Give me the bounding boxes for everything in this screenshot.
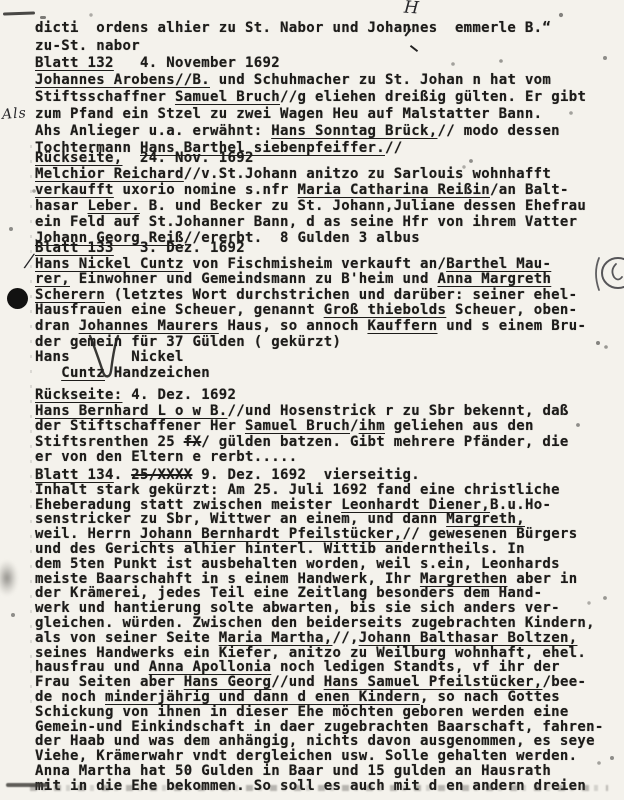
margin-smudge-artifact — [0, 560, 18, 596]
text-line: verkaufft uxorio nomine s.nfr Maria Cath… — [35, 182, 586, 198]
text-line: der Krämerei, jedes Teil eine Zeitlang b… — [35, 586, 604, 601]
text-line: Melchior Reichard//v.St.Johann anitzo zu… — [35, 166, 586, 182]
text-line: zu-St. nabor — [35, 37, 551, 55]
text-line: ein Feld auf St.Johanner Bann, d as sein… — [35, 214, 586, 230]
text-line: gleichen. würden. Zwischen den beidersei… — [35, 616, 604, 631]
text-line: Blatt 134. 25/XXXX 9. Dez. 1692 vierseit… — [35, 468, 604, 483]
photocopy-speckles — [0, 0, 2, 2]
margin-dash-artifact — [3, 11, 35, 15]
paragraph-b1: dicti ordens alhier zu St. Nabor und Joh… — [35, 19, 551, 55]
handwritten-v-mark — [86, 334, 126, 384]
text-line: Anna Martha hat 50 Gulden in Baar und 15… — [35, 764, 604, 779]
text-line: zum Pfand ein Stzel zu zwei Wagen Heu au… — [35, 106, 586, 123]
text-line: Frau Seiten aber Hans Georg//und Hans Sa… — [35, 675, 604, 690]
text-line: weil. Herrn Johann Bernhardt Pfeilstücke… — [35, 527, 604, 542]
text-line: Blatt 133 3. Dez. 1692 — [35, 241, 586, 257]
text-line: Viehe, Krämerwahr vndt dergleichen usw. … — [35, 749, 604, 764]
margin-dash-artifact — [40, 16, 46, 19]
text-line: werk und hantierung solte abwarten, bis … — [35, 601, 604, 616]
paragraph-b6: Blatt 134. 25/XXXX 9. Dez. 1692 vierseit… — [35, 468, 604, 794]
handwritten-circled-mark — [592, 242, 624, 304]
text-line: und des Gerichts alhier hinterl. Wittib … — [35, 542, 604, 557]
text-line: Stiftsschaffner Samuel Bruch//g eliehen … — [35, 89, 586, 106]
text-line: Rückseite: 4. Dez. 1692 — [35, 388, 569, 404]
text-line: der Stiftschaffener Her Samuel Bruch/ihm… — [35, 419, 569, 435]
text-line: Rückseite, 24. Nov. 1692 — [35, 150, 586, 166]
handwritten-margin-note: Als — [1, 105, 27, 123]
text-line: Ahs Anlieger u.a. erwähnt: Hans Sonntag … — [35, 123, 586, 140]
left-margin-dot-artifacts — [30, 145, 32, 705]
paragraph-b5: Rückseite: 4. Dez. 1692Hans Bernhard L o… — [35, 388, 569, 466]
text-line: hausfrau und Anna Apollonia noch ledigen… — [35, 660, 604, 675]
text-line: er von den Eltern e rerbt..... — [35, 450, 569, 466]
paragraph-b3: Rückseite, 24. Nov. 1692Melchior Reichar… — [35, 150, 586, 246]
text-line: Stiftsrenthen 25 fX/ gülden batzen. Gibt… — [35, 435, 569, 451]
ink-blot-mark — [7, 288, 28, 309]
handwritten-insertion-letter: H — [403, 0, 419, 18]
text-line: senstricker zu Sbr, Wittwer an einem, un… — [35, 512, 604, 527]
text-line: Schickung von ihnen in dieser Ehe möchte… — [35, 705, 604, 720]
scanned-document-page: dicti ordens alhier zu St. Nabor und Joh… — [0, 0, 624, 800]
text-line: de noch minderjährig und dann d enen Kin… — [35, 690, 604, 705]
text-line: der Haab und was dem anhängig, nichts da… — [35, 734, 604, 749]
text-line: als von seiner Seite Maria Martha,//,Joh… — [35, 631, 604, 646]
text-line: Hausfrauen eine Scheuer, genannt Groß th… — [35, 303, 586, 319]
text-line: rer, Einwohner und Gemeindsmann zu B'hei… — [35, 272, 586, 288]
text-line: dicti ordens alhier zu St. Nabor und Joh… — [35, 19, 551, 37]
paragraph-b2: Blatt 132 4. November 1692Johannes Arobe… — [35, 55, 586, 156]
text-line: Hans Bernhard L o w B.//und Hosenstrick … — [35, 404, 569, 420]
faded-cutoff-text-line — [30, 785, 608, 791]
text-line: Blatt 132 4. November 1692 — [35, 55, 586, 72]
text-line: Johannes Arobens//B. und Schuhmacher zu … — [35, 72, 586, 89]
text-line: dran Johannes Maurers Haus, so annoch Ka… — [35, 319, 586, 335]
text-line: Hans Nickel Cuntz von Fischmisheim verka… — [35, 257, 586, 273]
text-line: Inhalt stark gekürzt: Am 25. Juli 1692 f… — [35, 483, 604, 498]
text-line: hasar Leber. B. und Becker zu St. Johann… — [35, 198, 586, 214]
text-line: dem 5ten Punkt ist ausbehalten worden, w… — [35, 557, 604, 572]
